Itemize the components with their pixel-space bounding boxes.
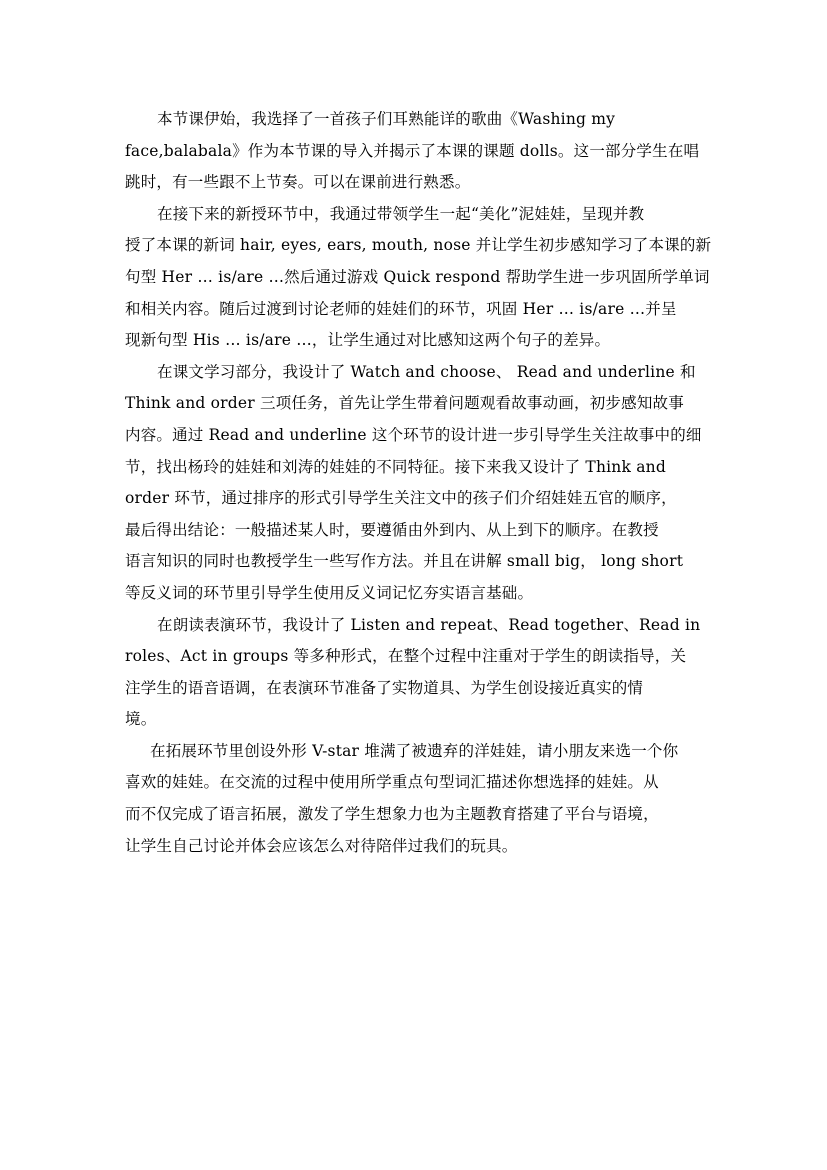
text-line: 跳时，有一些跟不上节奏。可以在课前进行熟悉。 (125, 167, 695, 199)
text-line: order 环节，通过排序的形式引导学生关注文中的孩子们介绍娃娃五官的顺序， (125, 483, 695, 515)
text-line: 而不仅完成了语言拓展，激发了学生想象力也为主题教育搭建了平台与语境， (125, 799, 695, 831)
text-line: 最后得出结论：一般描述某人时，要遵循由外到内、从上到下的顺序。在教授 (125, 515, 695, 547)
text-line: 现新句型 His … is/are …，让学生通过对比感知这两个句子的差异。 (125, 325, 695, 357)
text-line: 在课文学习部分，我设计了 Watch and choose、 Read and … (125, 357, 695, 389)
document-page: 本节课伊始，我选择了一首孩子们耳熟能详的歌曲《Washing my face,b… (125, 104, 695, 862)
paragraph-extension: 在拓展环节里创设外形 V-star 堆满了被遗弃的洋娃娃，请小朋友来选一个你 喜… (125, 736, 695, 862)
text-line: 注学生的语音语调，在表演环节准备了实物道具、为学生创设接近真实的情 (125, 673, 695, 705)
text-line: 境。 (125, 704, 695, 736)
text-line: 在拓展环节里创设外形 V-star 堆满了被遗弃的洋娃娃，请小朋友来选一个你 (125, 736, 695, 768)
text-line: Think and order 三项任务，首先让学生带着问题观看故事动画，初步感… (125, 388, 695, 420)
text-line: face,balabala》作为本节课的导入并揭示了本课的课题 dolls。这一… (125, 136, 695, 168)
paragraph-intro: 本节课伊始，我选择了一首孩子们耳熟能详的歌曲《Washing my face,b… (125, 104, 695, 199)
paragraph-new-teaching: 在接下来的新授环节中，我通过带领学生一起“美化”泥娃娃，呈现并教 授了本课的新词… (125, 199, 695, 357)
text-line: 等反义词的环节里引导学生使用反义词记忆夯实语言基础。 (125, 578, 695, 610)
text-line: 节，找出杨玲的娃娃和刘涛的娃娃的不同特征。接下来我又设计了 Think and (125, 452, 695, 484)
text-line: roles、Act in groups 等多种形式，在整个过程中注重对于学生的朗… (125, 641, 695, 673)
text-line: 内容。通过 Read and underline 这个环节的设计进一步引导学生关… (125, 420, 695, 452)
text-line: 在朗读表演环节，我设计了 Listen and repeat、Read toge… (125, 610, 695, 642)
paragraph-text-study: 在课文学习部分，我设计了 Watch and choose、 Read and … (125, 357, 695, 610)
text-line: 喜欢的娃娃。在交流的过程中使用所学重点句型词汇描述你想选择的娃娃。从 (125, 767, 695, 799)
text-line: 在接下来的新授环节中，我通过带领学生一起“美化”泥娃娃，呈现并教 (125, 199, 695, 231)
text-line: 语言知识的同时也教授学生一些写作方法。并且在讲解 small big， long… (125, 546, 695, 578)
text-line: 授了本课的新词 hair, eyes, ears, mouth, nose 并让… (125, 230, 695, 262)
text-line: 句型 Her … is/are …然后通过游戏 Quick respond 帮助… (125, 262, 695, 294)
text-line: 本节课伊始，我选择了一首孩子们耳熟能详的歌曲《Washing my (125, 104, 695, 136)
text-line: 和相关内容。随后过渡到讨论老师的娃娃们的环节，巩固 Her … is/are …… (125, 294, 695, 326)
text-line: 让学生自己讨论并体会应该怎么对待陪伴过我们的玩具。 (125, 831, 695, 863)
paragraph-reading-performance: 在朗读表演环节，我设计了 Listen and repeat、Read toge… (125, 610, 695, 736)
